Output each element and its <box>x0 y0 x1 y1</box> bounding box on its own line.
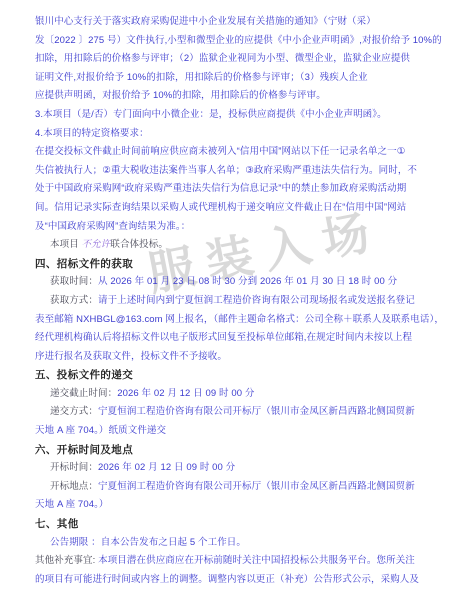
text-segment: 天地 A 座 704。） <box>35 499 109 510</box>
text-segment: 序进行报名及获取文件，投标文件不予接收。 <box>35 351 227 362</box>
text-line: 获取时间：从 2026 年 01 月 23 日 08 时 30 分到 2026 … <box>35 273 417 292</box>
text-segment: 联合体投标。 <box>110 239 168 250</box>
text-segment: 六、开标时间及地点 <box>35 444 133 456</box>
text-line: 天地 A 座 704。）纸质文件递交 <box>35 422 417 441</box>
text-line: 3.本项目（是/否）专门面向中小微企业：是，投标供应商提供《中小企业声明函》。 <box>35 106 417 125</box>
text-segment: 递交方式： <box>50 406 98 417</box>
text-line: 4.本项目的特定资格要求： <box>35 125 417 144</box>
heading-line: 六、开标时间及地点 <box>35 441 417 460</box>
text-segment: 请于上述时间内到宁夏恒润工程造价咨询有限公司现场报名或发送报名登记 <box>98 295 415 306</box>
text-line: 扣除，用扣除后的价格参与评审；（2）监狱企业视同为小型、微型企业，监狱企业应提供 <box>35 50 417 69</box>
text-line: 处于中国政府采购网“政府采购严重违法失信行为信息记录”中的禁止参加政府采购活动期 <box>35 180 417 199</box>
text-segment: 获取方式： <box>50 295 98 306</box>
text-segment: 四、招标文件的获取 <box>35 258 133 270</box>
text-line: 银川中心支行关于落实政府采购促进中小企业发展有关措施的通知》（宁财（采） <box>35 13 417 32</box>
text-line: 发〔2022 〕275 号）文件执行,小型和微型企业的应提供《中小企业声明函》,… <box>35 32 417 51</box>
text-segment: 本项目潜在供应商应在开标前随时关注中国招投标公共服务平台。您所关注 <box>98 555 415 566</box>
text-line: 失信被执行人；②重大税收违法案件当事人名单；③政府采购严重违法失信行为。同时，不 <box>35 162 417 181</box>
document-page: 服装入场 银川中心支行关于落实政府采购促进中小企业发展有关措施的通知》（宁财（采… <box>0 0 450 600</box>
text-segment: 经代理机构确认后将招标文件以电子版形式回复至投标单位邮箱,在规定时间内未按以上程 <box>35 332 412 343</box>
text-segment: 从 2026 年 01 月 23 日 08 时 30 分到 2026 年 01 … <box>98 276 397 287</box>
heading-line: 五、投标文件的递交 <box>35 366 417 385</box>
text-line: 获取方式：请于上述时间内到宁夏恒润工程造价咨询有限公司现场报名或发送报名登记 <box>35 292 417 311</box>
text-line: 经代理机构确认后将招标文件以电子版形式回复至投标单位邮箱,在规定时间内未按以上程 <box>35 329 417 348</box>
text-segment: 失信被执行人；②重大税收违法案件当事人名单；③政府采购严重违法失信行为。同时，不 <box>35 165 417 176</box>
text-segment: 扣除，用扣除后的价格参与评审；（2）监狱企业视同为小型、微型企业，监狱企业应提供 <box>35 53 410 64</box>
text-line: 序进行报名及获取文件，投标文件不予接收。 <box>35 348 417 367</box>
text-line: 及“中国政府采购网”查询结果为准。： <box>35 218 417 237</box>
document-body: 银川中心支行关于落实政府采购促进中小企业发展有关措施的通知》（宁财（采）发〔20… <box>35 13 417 589</box>
text-line: 本项目 不允许联合体投标。 <box>35 236 417 255</box>
text-segment: 天地 A 座 704。）纸质文件递交 <box>35 425 166 436</box>
text-segment: 公告期限 ：自本公告发布之日起 5 个工作日。 <box>50 537 246 548</box>
text-segment: 的项目有可能进行时间或内容上的调整。调整内容以更正（补充）公告形式公示，采购人及 <box>35 574 419 585</box>
text-line: 间。信用记录实际查询结果以采购人或代理机构于递交响应文件截止日在“信用中国”网站 <box>35 199 417 218</box>
text-line: 公告期限 ：自本公告发布之日起 5 个工作日。 <box>35 534 417 553</box>
text-line: 证明文件,对报价给予 10%的扣除，用扣除后的价格参与评审；（3）残疾人企业 <box>35 69 417 88</box>
text-segment: 2026 年 02 月 12 日 09 时 00 分 <box>117 388 254 399</box>
text-segment: 递交截止时间： <box>50 388 117 399</box>
text-line: 开标时间：2026 年 02 月 12 日 09 时 00 分 <box>35 459 417 478</box>
text-line: 开标地点：宁夏恒润工程造价咨询有限公司开标厅（银川市金凤区新昌西路北侧国贸新 <box>35 478 417 497</box>
text-segment: 3.本项目（是/否）专门面向中小微企业：是，投标供应商提供《中小企业声明函》。 <box>35 109 387 120</box>
heading-line: 四、招标文件的获取 <box>35 255 417 274</box>
text-segment: 获取时间： <box>50 276 98 287</box>
text-line: 天地 A 座 704。） <box>35 496 417 515</box>
text-line: 表至邮箱 NXHBGL@163.com 网上报名，（邮件主题命名格式：公司全称＋… <box>35 311 417 330</box>
heading-line: 七、其他 <box>35 515 417 534</box>
text-segment: 4.本项目的特定资格要求： <box>35 128 149 139</box>
text-segment: 处于中国政府采购网“政府采购严重违法失信行为信息记录”中的禁止参加政府采购活动期 <box>35 183 406 194</box>
text-segment: 宁夏恒润工程造价咨询有限公司开标厅（银川市金凤区新昌西路北侧国贸新 <box>98 481 415 492</box>
text-segment: 发〔2022 〕275 号）文件执行,小型和微型企业的应提供《中小企业声明函》,… <box>35 35 442 46</box>
text-segment: 七、其他 <box>35 518 79 530</box>
text-segment: 2026 年 02 月 12 日 09 时 00 分 <box>98 462 235 473</box>
text-segment: 表至邮箱 NXHBGL@163.com 网上报名，（邮件主题命名格式：公司全称＋… <box>35 314 444 325</box>
text-segment: 本项目 <box>50 239 82 250</box>
text-line: 在提交投标文件截止时间前响应供应商未被列入“信用中国”网站以下任一记录名单之一① <box>35 143 417 162</box>
text-segment: 开标时间： <box>50 462 98 473</box>
text-segment: 其他补充事宜: <box>35 555 98 566</box>
text-line: 应提供声明函，对报价给予 10%的扣除，用扣除后的价格参与评审。 <box>35 87 417 106</box>
text-segment: 及“中国政府采购网”查询结果为准。： <box>35 221 190 232</box>
text-segment: 宁夏恒润工程造价咨询有限公司开标厅（银川市金凤区新昌西路北侧国贸新 <box>98 406 415 417</box>
text-segment: 五、投标文件的递交 <box>35 369 133 381</box>
text-segment: 不允许 <box>82 239 111 250</box>
text-segment: 在提交投标文件截止时间前响应供应商未被列入“信用中国”网站以下任一记录名单之一① <box>35 146 405 157</box>
text-line: 递交截止时间：2026 年 02 月 12 日 09 时 00 分 <box>35 385 417 404</box>
text-line: 递交方式：宁夏恒润工程造价咨询有限公司开标厅（银川市金凤区新昌西路北侧国贸新 <box>35 403 417 422</box>
text-line: 的项目有可能进行时间或内容上的调整。调整内容以更正（补充）公告形式公示，采购人及 <box>35 571 417 590</box>
text-line: 其他补充事宜: 本项目潜在供应商应在开标前随时关注中国招投标公共服务平台。您所关… <box>35 552 417 571</box>
text-segment: 银川中心支行关于落实政府采购促进中小企业发展有关措施的通知》（宁财（采） <box>35 16 376 27</box>
text-segment: 应提供声明函，对报价给予 10%的扣除，用扣除后的价格参与评审。 <box>35 90 326 101</box>
text-segment: 间。信用记录实际查询结果以采购人或代理机构于递交响应文件截止日在“信用中国”网站 <box>35 202 406 213</box>
text-segment: 开标地点： <box>50 481 98 492</box>
text-segment: 证明文件,对报价给予 10%的扣除，用扣除后的价格参与评审；（3）残疾人企业 <box>35 72 368 83</box>
